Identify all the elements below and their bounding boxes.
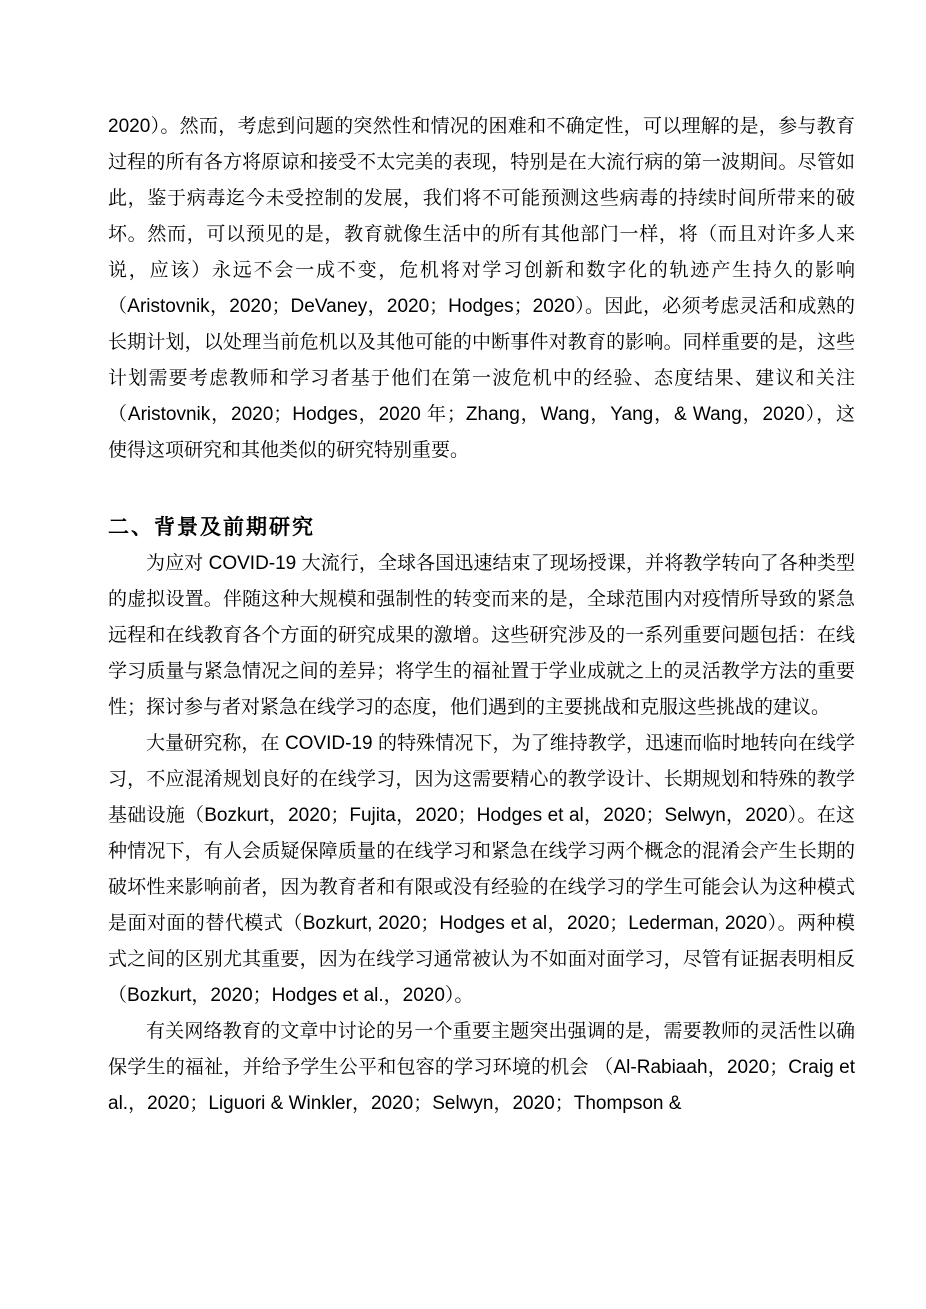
- document-page: 2020）。然而，考虑到问题的突然性和情况的困难和不确定性，可以理解的是，参与教…: [0, 0, 926, 1309]
- section-heading: 二、背景及前期研究: [108, 510, 855, 546]
- paragraph-background-2: 大量研究称，在 COVID-19 的特殊情况下，为了维持教学，迅速而临时地转向在…: [108, 726, 855, 1014]
- paragraph-background-1: 为应对 COVID-19 大流行，全球各国迅速结束了现场授课，并将教学转向了各种…: [108, 546, 855, 726]
- paragraph-continuation: 2020）。然而，考虑到问题的突然性和情况的困难和不确定性，可以理解的是，参与教…: [108, 109, 855, 469]
- paragraph-background-3: 有关网络教育的文章中讨论的另一个重要主题突出强调的是，需要教师的灵活性以确保学生…: [108, 1014, 855, 1122]
